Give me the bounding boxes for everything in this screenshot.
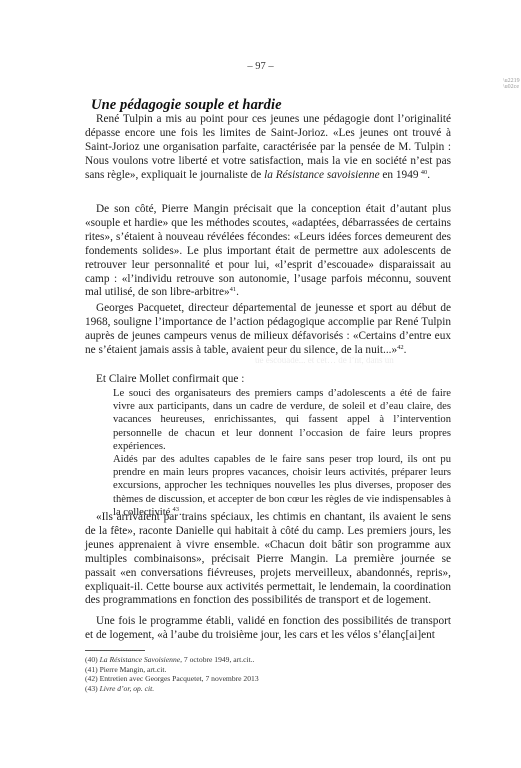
- punctuation: .: [427, 169, 430, 181]
- footnote-number: (40): [85, 655, 98, 664]
- block-quote: Le souci des organisateurs des premiers …: [113, 387, 451, 519]
- footnote-number: (43): [85, 684, 98, 693]
- paragraph-text: Une fois le programme établi, validé en …: [85, 615, 451, 641]
- quote-part-1: Le souci des organisateurs des premiers …: [113, 387, 451, 453]
- footnote-42: (42) Entretien avec Georges Pacquetet, 7…: [85, 674, 451, 684]
- paragraph-3: Georges Pacquetet, directeur département…: [85, 302, 451, 358]
- paragraph-2: De son côté, Pierre Mangin précisait que…: [85, 203, 451, 300]
- paragraph-text: en 1949: [380, 169, 419, 181]
- scan-smudge: \u2219 \u02ce: [503, 78, 521, 90]
- paragraph-5: «Ils arrivaient par trains spéciaux, les…: [85, 511, 451, 608]
- quote-part-2: Aidés par des adultes capables de le fai…: [113, 453, 451, 519]
- footnote-40: (40) La Résistance Savoisienne, 7 octobr…: [85, 655, 451, 665]
- footnote-41: (41) Pierre Mangin, art.cit.: [85, 665, 451, 675]
- paragraph-6: Une fois le programme établi, validé en …: [85, 615, 451, 643]
- paragraph-1: René Tulpin a mis au point pour ces jeun…: [85, 113, 451, 183]
- paragraph-text: «Ils arrivaient par trains spéciaux, les…: [85, 511, 451, 606]
- footnote-text: , 7 octobre 1949, art.cit..: [180, 655, 254, 664]
- footnote-text: Pierre Mangin, art.cit.: [100, 665, 167, 674]
- paragraph-text: De son côté, Pierre Mangin précisait que…: [85, 203, 451, 298]
- publication-title: la Résistance savoisienne: [264, 169, 379, 181]
- footnote-number: (42): [85, 674, 98, 683]
- footnote-separator: [85, 650, 145, 651]
- page-number: – 97 –: [0, 61, 521, 72]
- paragraph-text: Et Claire Mollet confirmait que :: [96, 373, 244, 385]
- punctuation: .: [404, 344, 407, 356]
- footnote-text: Entretien avec Georges Pacquetet, 7 nove…: [100, 674, 259, 683]
- quote-text: Aidés par des adultes capables de le fai…: [113, 454, 451, 518]
- document-page: \u2219 \u02ce – 97 – Une pédagogie soupl…: [0, 0, 521, 768]
- footnote-number: (41): [85, 665, 98, 674]
- footnote-italic: Livre d’or, op. cit.: [100, 684, 155, 693]
- section-heading: Une pédagogie souple et hardie: [91, 97, 282, 114]
- footnote-italic: La Résistance Savoisienne: [100, 655, 181, 664]
- paragraph-4: Et Claire Mollet confirmait que :: [85, 373, 451, 387]
- punctuation: .: [236, 286, 239, 298]
- footnotes: (40) La Résistance Savoisienne, 7 octobr…: [85, 655, 451, 693]
- footnote-43: (43) Livre d’or, op. cit.: [85, 684, 451, 694]
